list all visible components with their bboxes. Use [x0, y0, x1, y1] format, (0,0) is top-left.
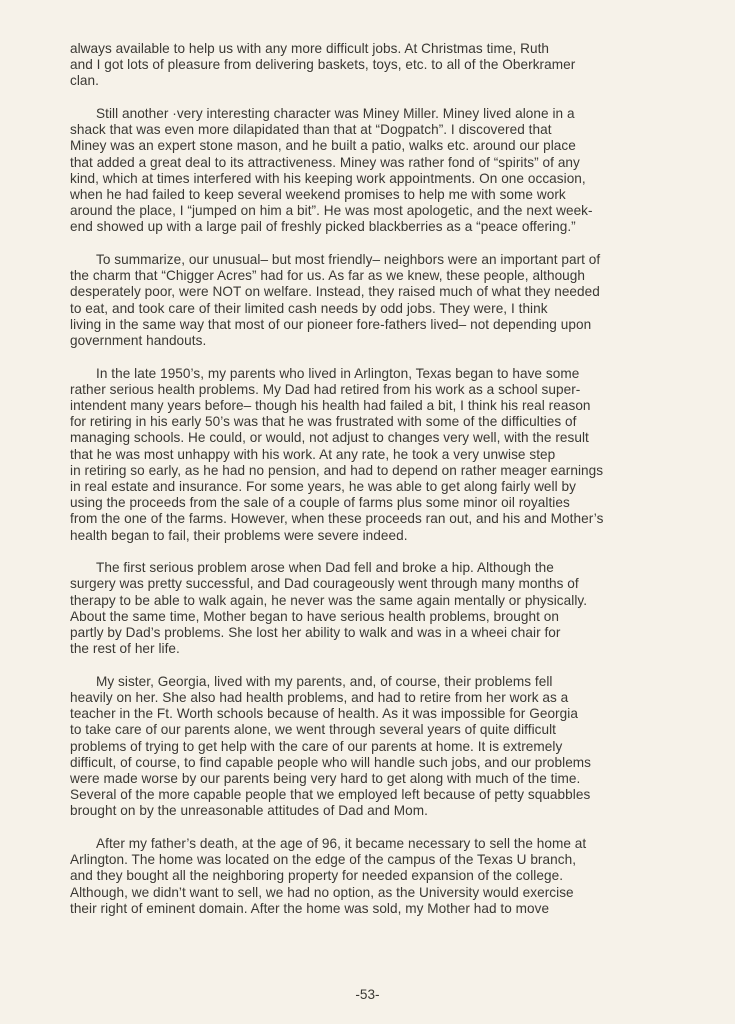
text-line: to eat, and took care of their limited c…: [70, 301, 670, 317]
text-line: from the one of the farms. However, when…: [70, 511, 670, 527]
text-line: the charm that “Chigger Acres” had for u…: [70, 268, 670, 284]
text-line: in real estate and insurance. For some y…: [70, 479, 670, 495]
paragraph: The first serious problem arose when Dad…: [70, 560, 670, 657]
text-line: difficult, of course, to find capable pe…: [70, 755, 670, 771]
text-line: and I got lots of pleasure from deliveri…: [70, 57, 670, 73]
text-line: living in the same way that most of our …: [70, 317, 670, 333]
text-line: About the same time, Mother began to hav…: [70, 609, 670, 625]
text-line: teacher in the Ft. Worth schools because…: [70, 706, 670, 722]
text-line: In the late 1950’s, my parents who lived…: [70, 366, 670, 382]
text-line: in retiring so early, as he had no pensi…: [70, 463, 670, 479]
text-line: surgery was pretty successful, and Dad c…: [70, 576, 670, 592]
text-line: around the place, I “jumped on him a bit…: [70, 203, 670, 219]
text-line: that added a great deal to its attractiv…: [70, 155, 670, 171]
page-number: -53-: [0, 987, 735, 1002]
text-line: when he had failed to keep several weeke…: [70, 187, 670, 203]
text-line: that he was most unhappy with his work. …: [70, 447, 670, 463]
text-line: clan.: [70, 73, 670, 89]
text-line: partly by Dad’s problems. She lost her a…: [70, 625, 670, 641]
text-line: intendent many years before– though his …: [70, 398, 670, 414]
text-line: end showed up with a large pail of fresh…: [70, 219, 670, 235]
text-line: managing schools. He could, or would, no…: [70, 430, 670, 446]
paragraph: To summarize, our unusual– but most frie…: [70, 252, 670, 349]
text-line: Although, we didn’t want to sell, we had…: [70, 885, 670, 901]
text-line: Arlington. The home was located on the e…: [70, 852, 670, 868]
text-line: brought on by the unreasonable attitudes…: [70, 803, 670, 819]
text-line: heavily on her. She also had health prob…: [70, 690, 670, 706]
text-line: to take care of our parents alone, we we…: [70, 722, 670, 738]
text-line: desperately poor, were NOT on welfare. I…: [70, 284, 670, 300]
text-line: kind, which at times interfered with his…: [70, 171, 670, 187]
text-line: health began to fail, their problems wer…: [70, 528, 670, 544]
paragraph: My sister, Georgia, lived with my parent…: [70, 674, 670, 820]
text-line: Miney was an expert stone mason, and he …: [70, 138, 670, 154]
text-line: their right of eminent domain. After the…: [70, 901, 670, 917]
text-line: and they bought all the neighboring prop…: [70, 868, 670, 884]
document-page: always available to help us with any mor…: [70, 41, 670, 933]
text-line: Still another ·very interesting characte…: [70, 106, 670, 122]
text-line: government handouts.: [70, 333, 670, 349]
text-line: rather serious health problems. My Dad h…: [70, 382, 670, 398]
text-line: shack that was even more dilapidated tha…: [70, 122, 670, 138]
text-line: Several of the more capable people that …: [70, 787, 670, 803]
text-line: always available to help us with any mor…: [70, 41, 670, 57]
paragraph: Still another ·very interesting characte…: [70, 106, 670, 236]
text-line: were made worse by our parents being ver…: [70, 771, 670, 787]
text-line: therapy to be able to walk again, he nev…: [70, 593, 670, 609]
paragraph: After my father’s death, at the age of 9…: [70, 836, 670, 917]
text-line: After my father’s death, at the age of 9…: [70, 836, 670, 852]
paragraph: In the late 1950’s, my parents who lived…: [70, 366, 670, 544]
paragraph: always available to help us with any mor…: [70, 41, 670, 90]
text-line: using the proceeds from the sale of a co…: [70, 495, 670, 511]
text-line: the rest of her life.: [70, 641, 670, 657]
text-line: problems of trying to get help with the …: [70, 739, 670, 755]
text-line: My sister, Georgia, lived with my parent…: [70, 674, 670, 690]
text-line: To summarize, our unusual– but most frie…: [70, 252, 670, 268]
text-line: The first serious problem arose when Dad…: [70, 560, 670, 576]
text-line: for retiring in his early 50’s was that …: [70, 414, 670, 430]
